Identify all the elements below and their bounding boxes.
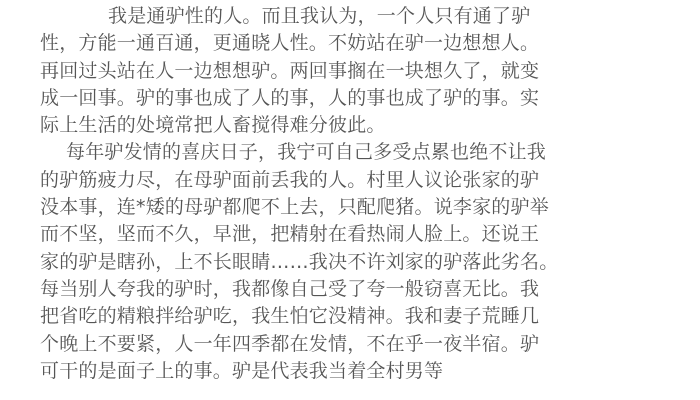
text-line: 可干的是面子上的事。驴是代表我当着全村男等: [40, 358, 620, 385]
text-line: 再回过头站在人一边想想驴。两回事搁在一块想久了，就变: [40, 58, 620, 85]
text-line: 个晚上不要紧，人一年四季都在发情，不在乎一夜半宿。驴: [40, 331, 620, 358]
text-line: 的驴筋疲力尽，在母驴面前丢我的人。村里人议论张家的驴: [40, 167, 620, 194]
text-line: 每年驴发情的喜庆日子，我宁可自己多受点累也绝不让我: [40, 139, 620, 166]
text-line: 家的驴是瞎孙，上不长眼睛……我决不许刘家的驴落此劣名。: [40, 249, 620, 276]
article-body: 我是通驴性的人。而且我认为，一个人只有通了驴 性，方能一通百通，更通晓人性。不妨…: [40, 3, 620, 385]
text-line: 每当别人夸我的驴时，我都像自己受了夸一般窃喜无比。我: [40, 276, 620, 303]
paragraph-2: 每年驴发情的喜庆日子，我宁可自己多受点累也绝不让我 的驴筋疲力尽，在母驴面前丢我…: [40, 139, 620, 385]
text-line: 性，方能一通百通，更通晓人性。不妨站在驴一边想想人。: [40, 30, 620, 57]
text-line: 成一回事。驴的事也成了人的事，人的事也成了驴的事。实: [40, 85, 620, 112]
text-line: 没本事，连*矮的母驴都爬不上去，只配爬猪。说李家的驴举: [40, 194, 620, 221]
text-line: 际上生活的处境常把人畜搅得难分彼此。: [40, 112, 620, 139]
paragraph-1: 我是通驴性的人。而且我认为，一个人只有通了驴 性，方能一通百通，更通晓人性。不妨…: [40, 3, 620, 139]
text-line: 而不坚，坚而不久，早泄，把精射在看热闹人脸上。还说王: [40, 221, 620, 248]
text-line: 我是通驴性的人。而且我认为，一个人只有通了驴: [40, 3, 620, 30]
text-line: 把省吃的精粮拌给驴吃，我生怕它没精神。我和妻子荒睡几: [40, 303, 620, 330]
